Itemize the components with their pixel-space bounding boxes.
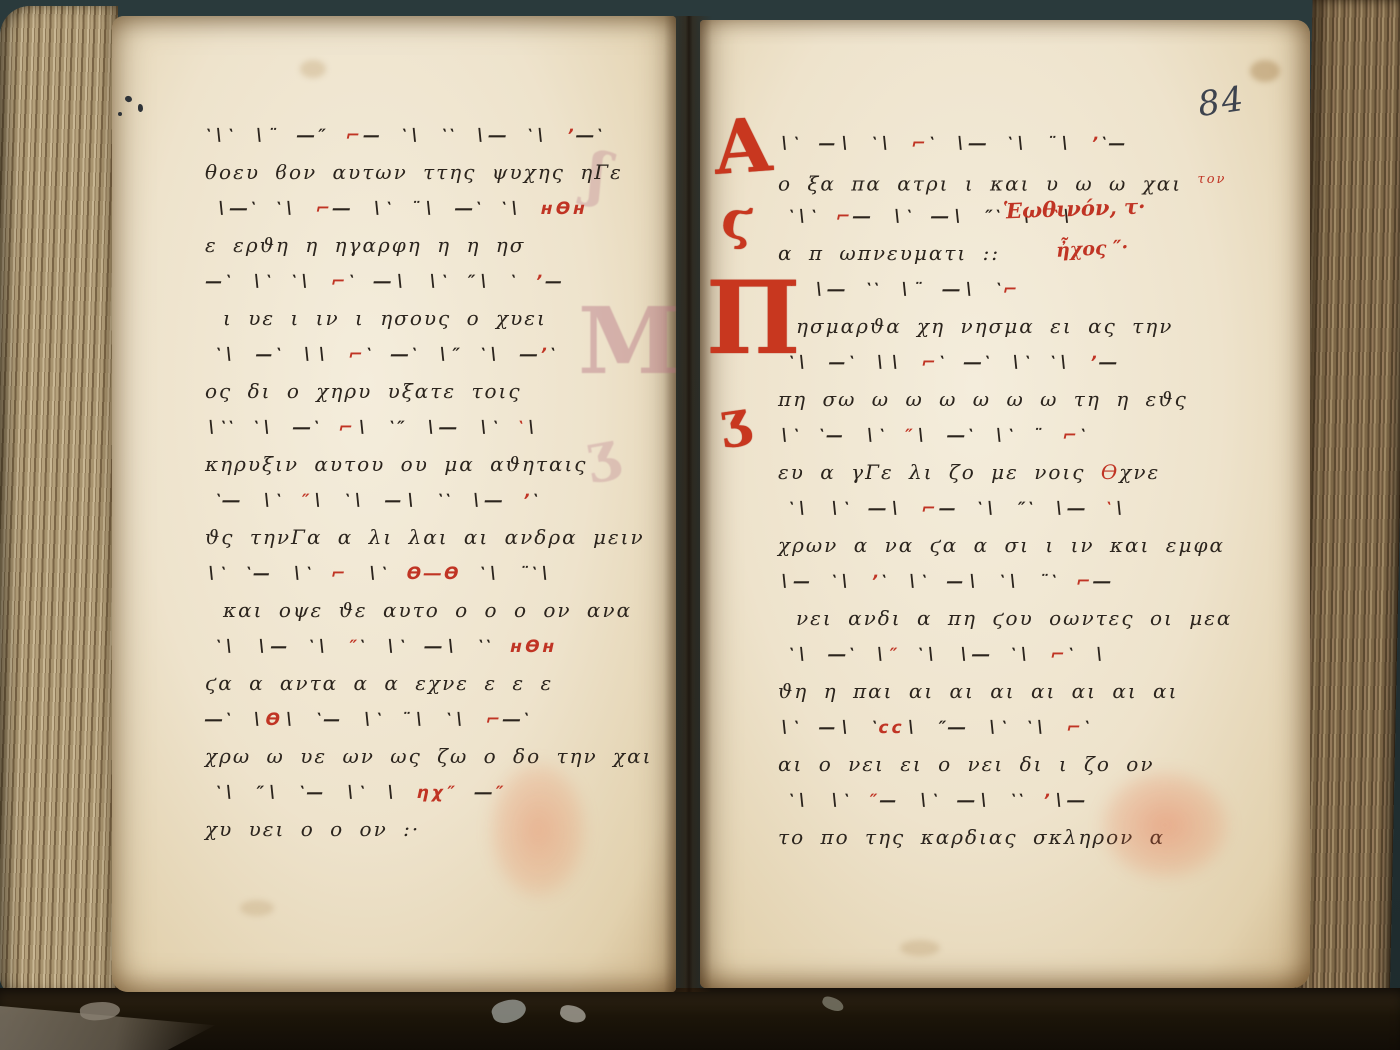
lyric-row: ι υε ι ιν ι ησους ο χυει [205,301,651,337]
lyric-row: ϑη η παι αι αι αι αι αι αι αι [778,674,1198,710]
fox-stain [1250,60,1280,82]
lyric-row: κηρυξιν αυτου ου μα αϑηταις [205,447,651,483]
neume-row: ∖‵ —∖ ‵ϲϲ∖ ″― ∖‵ ‵∖ ⌐‵ [774,710,1202,747]
left-page-text: ‵∖‵ ∖¨ ―″ ⌐— ‵∖ ‵‵ ∖― ‵∖ ʼ―‵θοευ ϐον αυτ… [205,118,651,848]
lyric-row: νει ανδι α πη ϛου οωντες οι μεα [778,601,1198,637]
neume-row: ∖‵ ‵— ∖‵ ⌐ ∖‵ ϴ―ϴ ‵∖ ¨‵∖ [201,556,655,593]
neume-row: ‵∖‵ ∖¨ ―″ ⌐— ‵∖ ‵‵ ∖― ‵∖ ʼ―‵ [201,118,655,155]
lyric-row: πη σω ω ω ω ω ω ω τη η εϑς [778,382,1198,418]
lyric-row: θοευ ϐον αυτων ττης ψυχης ηΓε [205,155,651,191]
gutter-shadow [664,16,712,992]
right-page-text: ∖‵ —∖ ‵∖ ⌐‵ ∖― ‵∖ ¨∖ ʼ‵—ο ξα πα ατρι ι κ… [778,126,1198,856]
lyric-row: χρω ω υε ων ως ζω ο δο την χαι [205,739,651,775]
lyric-row: α π ωπνευματι :: [778,236,1198,272]
neume-row: ‵∖ ∖‵ ―∖ ⌐— ‵∖ ″‵ ∖― ‵∖ [774,491,1202,528]
lyric-row: ε ερϑη η ηγαρφη η η ησ [205,228,651,264]
neume-row: ―‵ ∖ϴ∖ ‵— ∖‵ ¨∖ ‵∖ ⌐―‵ [201,702,655,739]
lyric-row: ϛα α αντα α α εχνε ε ε ε [205,666,651,702]
neume-row: ‵― ∖‵ ″∖ ‵∖ —∖ ‵‵ ∖― ʼ‵ [201,483,655,520]
neume-row: ∕‵ ∖― ‵‵ ∖¨ ―∖ ‵⌐ [774,272,1202,309]
neume-row: ‵∖ ―‵ ∖″ ‵∖ ∖― ‵∖ ⌐‵ ∖ [774,637,1202,674]
manuscript-photo: ʃ M ʒ ‵∖‵ ∖¨ ―″ ⌐— ‵∖ ‵‵ ∖― ‵∖ ʼ―‵θοευ ϐ… [0,0,1400,1050]
lyric-row: ος δι ο χηρυ υξατε τοις [205,374,651,410]
neume-row: ‵∖ —‵ ∖∖ ⌐‵ ―‵ ∖″ ‵∖ ―ʼ‵ [201,337,655,374]
fox-stain [300,60,326,78]
neume-row: —‵ ∖‵ ‵∖ ⌐‵ ―∖ ∖‵ ″∖ ‵ ʼ— [201,264,655,301]
decorated-initial-pi: Π [706,270,800,366]
lyric-row: ησμαρϑα χη νησμα ει ας την [778,309,1198,345]
ink-blot [138,104,143,112]
lyric-row: χρων α να ϛα α σι ι ιν και εμφα [778,528,1198,564]
neume-row: ∖‵ ‵— ∖‵ ″∖ ―‵ ∖‵ ¨ ⌐‵ [774,418,1202,455]
red-stain [1100,770,1230,880]
bottom-binding [0,988,1400,1050]
neume-row: ∖―‵ ‵∖ ⌐― ∖‵ ¨∖ ―‵ ‵∖ ʜϴʜ [201,191,655,228]
red-stain [488,760,588,900]
fox-stain [240,900,274,916]
left-page-edges [0,6,118,994]
lyric-row: ευ α γΓε λι ζο με νοις ϴχνε [778,455,1198,491]
fox-stain [900,940,940,956]
rubric-mode: ἦχος ″· [1055,236,1128,262]
ink-blot [118,112,122,116]
rubric-eothinon: Ἑωθινόν, τ· [1003,194,1146,224]
neume-row: ‵∖ —‵ ∖∖ ⌐‵ ―‵ ∖‵ ‵∖ ʼ― [774,345,1202,382]
neume-row: ‵∖ ∖— ‵∖ ″‵ ∖‵ ―∖ ‵‵ ʜϴʜ [201,629,655,666]
lyric-row: και οψε ϑε αυτο ο ο ο ον ανα [205,593,651,629]
neume-row: ‵∖ ″∖ ‵— ∖‵ ∖ ηχ″ ―″ [201,775,655,812]
neume-row: ∖‵ —∖ ‵∖ ⌐‵ ∖― ‵∖ ¨∖ ʼ‵— [774,126,1202,163]
decorated-initial-alpha: Α [712,110,774,184]
neume-row: ∖— ‵∖ ʼ‵ ∖‵ —∖ ‵∖ ¨‵ ⌐― [774,564,1202,601]
folio-number: 84 [1195,79,1247,125]
lyric-row: ϑς τηνΓα α λι λαι αι ανδρα μειν [205,520,651,556]
neume-row: ∖‵‵ ‵∖ ―‵ ⌐∖ ‵″ ∖― ∖‵ ‵∖ [201,410,655,447]
